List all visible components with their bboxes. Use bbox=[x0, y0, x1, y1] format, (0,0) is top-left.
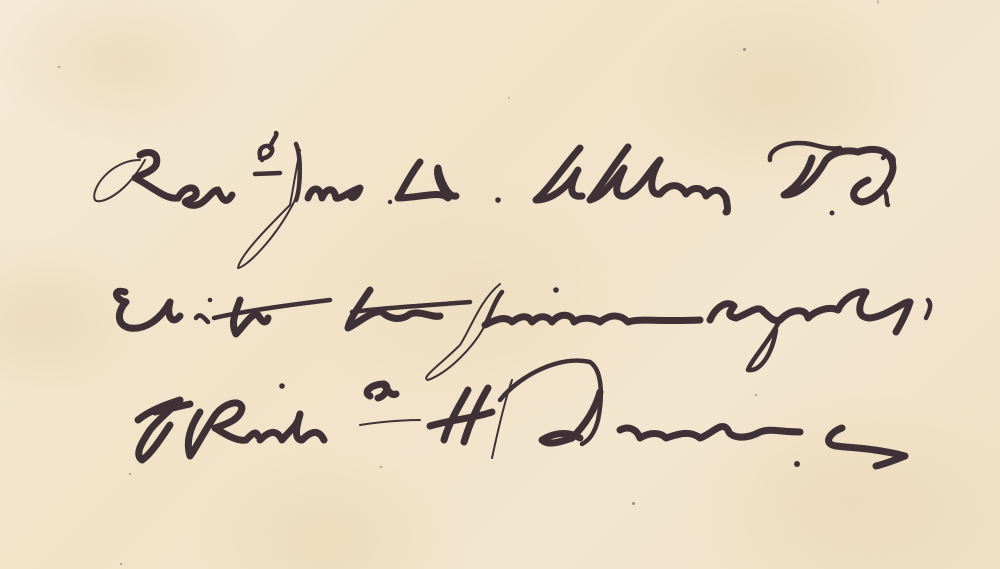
line-1-recipient bbox=[94, 133, 893, 268]
aged-paper-document: Revᵈ Jno. A. Albro, D.D. With the sincer… bbox=[0, 0, 1000, 569]
line-2-message bbox=[116, 284, 930, 380]
line-3-signature bbox=[138, 361, 905, 467]
handwriting-ink bbox=[0, 0, 1000, 569]
